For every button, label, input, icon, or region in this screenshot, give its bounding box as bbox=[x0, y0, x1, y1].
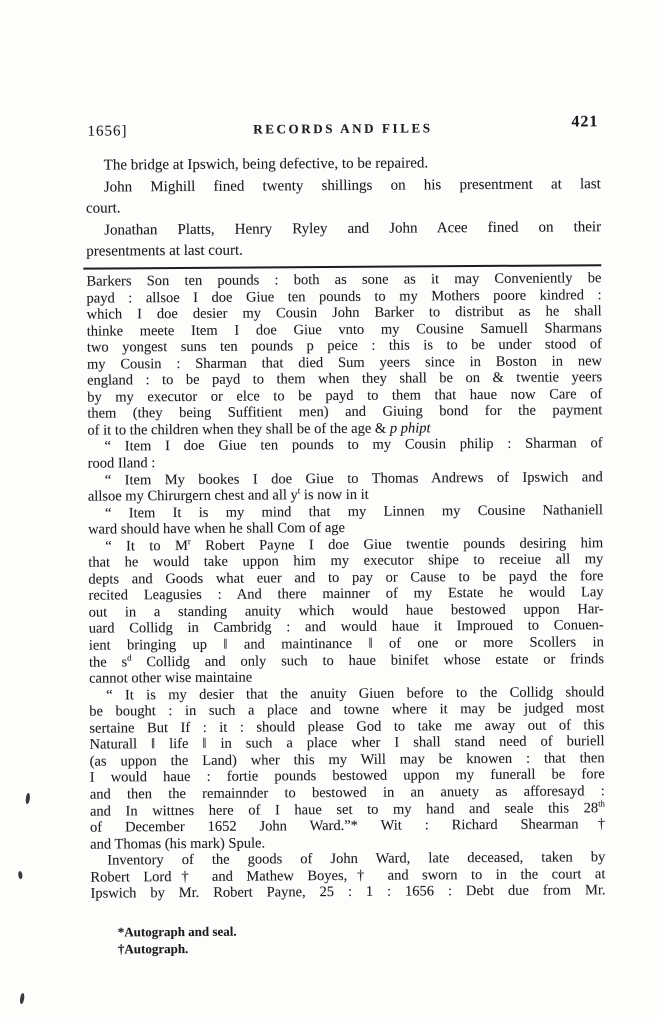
item-linnen-nathaniell-ward: “ Item It is my mind that my Linnen my C… bbox=[88, 502, 603, 539]
will-continuation-barkers-son: Barkers Son ten pounds : both as sone as… bbox=[86, 270, 602, 439]
running-title: RECORDS AND FILES bbox=[85, 119, 600, 138]
footnote-autograph-and-seal: *Autograph and seal. bbox=[118, 923, 237, 941]
footnote-autograph: †Autograph. bbox=[118, 940, 237, 958]
court-records-section: The bridge at Ipswich, being defective, … bbox=[86, 152, 602, 263]
book-page: 1656] RECORDS AND FILES 421 The bridge a… bbox=[0, 0, 658, 1018]
text-line: presentments at last court. bbox=[86, 238, 601, 263]
text-line: them (they being Suffitient men) and Giu… bbox=[87, 403, 602, 423]
text-line: of December 1652 John Ward.”* Wit : Rich… bbox=[90, 816, 605, 836]
item-robert-payne-executor: “ It to Mr Robert Payne I doe Giue twent… bbox=[88, 535, 604, 687]
page-header: 1656] RECORDS AND FILES 421 bbox=[85, 117, 600, 142]
footnotes-section: *Autograph and seal.†Autograph. bbox=[118, 923, 237, 958]
item-anuity-desire: “ It is my desier that the anuity Giuen … bbox=[89, 684, 605, 853]
ink-speck bbox=[19, 993, 25, 1005]
inventory-john-ward: Inventory of the goods of John Ward, lat… bbox=[90, 849, 605, 902]
item-philip-sharman: “ Item I doe Giue ten pounds to my Cousi… bbox=[87, 436, 602, 473]
text-line: Jonathan Platts, Henry Ryley and John Ac… bbox=[86, 217, 601, 242]
section-separator-rule bbox=[83, 264, 601, 269]
text-line: “ Item I doe Giue ten pounds to my Cousi… bbox=[87, 436, 602, 456]
page-number: 421 bbox=[571, 113, 598, 131]
ink-speck bbox=[25, 793, 30, 804]
order-platts-ryley-acee-fined: Jonathan Platts, Henry Ryley and John Ac… bbox=[86, 217, 601, 263]
will-transcript-section: Barkers Son ten pounds : both as sone as… bbox=[86, 270, 605, 902]
item-bookes-thomas-andrews: “ Item My bookes I doe Giue to Thomas An… bbox=[88, 469, 603, 506]
scan-tilt-wrapper: 1656] RECORDS AND FILES 421 The bridge a… bbox=[0, 0, 658, 1018]
ink-speck bbox=[18, 871, 23, 879]
text-line: John Mighill fined twenty shillings on h… bbox=[86, 174, 601, 199]
text-line: Ipswich by Mr. Robert Payne, 25 : 1 : 16… bbox=[90, 882, 605, 902]
order-mighill-fined: John Mighill fined twenty shillings on h… bbox=[86, 174, 601, 220]
